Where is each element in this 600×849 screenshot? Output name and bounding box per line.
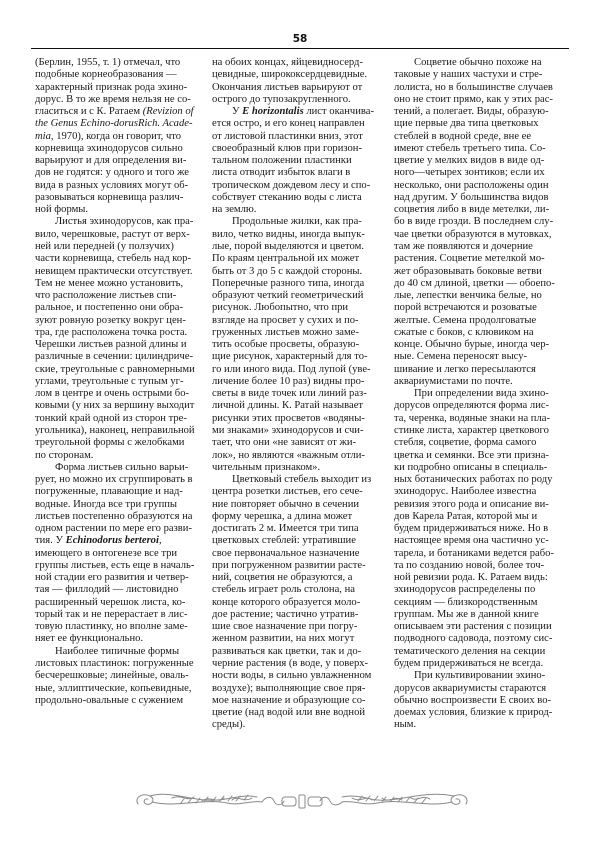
text-line: Соцветие обычно похоже на [394, 57, 570, 69]
text-line: лок», но являются «важным отли- [212, 450, 377, 462]
text-line: достигать 2 м. Имеется три типа [212, 523, 377, 535]
text-run: дое растение; частично утратив- [212, 609, 358, 620]
text-run: лые, лепестки венчика белые, но [394, 290, 542, 301]
text-run: своеобразный клюв при горизон- [212, 143, 362, 154]
text-line: тра, где расположена точка роста. [35, 327, 200, 339]
text-run: желтые. Семена продолговатые [394, 315, 536, 326]
text-run: личение более 10 раз) видны про- [212, 376, 364, 387]
text-line: дорусов аквариумисты стараются [394, 683, 570, 695]
text-run: тропическом дождевом лесу и спо- [212, 180, 370, 191]
text-run: аквариумистами по почте. [394, 376, 513, 387]
text-line: дое растение; частично утратив- [212, 609, 377, 621]
text-run: ных ботанических работах по роду [394, 474, 552, 485]
text-run: Продольные жилки, как пра- [232, 216, 362, 227]
text-line: рисунки этих просветов «водяны- [212, 413, 377, 425]
text-run: цевидные, ширококсердцевидные. [212, 69, 367, 80]
text-line: на обоих концах, яйцевидносерд- [212, 57, 377, 69]
text-run: чае цветки образуются в мутовках, [394, 229, 552, 240]
text-run: товую пластинку, но вполне заме- [35, 621, 188, 632]
text-line: продольно-овальные с сужением [35, 695, 200, 707]
text-run: Цветковый стебель выходит из [232, 474, 371, 485]
text-line: описываем эти растения с позиции [394, 621, 570, 633]
text-line: цветковых стеблей: утратившие [212, 535, 377, 547]
text-line: будем придерживаться ниже. Но в [394, 523, 570, 535]
text-run: среды). [212, 719, 245, 730]
text-run: ной стадии его развития и четвер- [35, 572, 189, 583]
text-run: лист оканчива- [304, 106, 374, 117]
text-run: ковыми (у них за вершину выходит [35, 400, 194, 411]
text-run: бо в виде грозди. В последнем слу- [394, 216, 553, 227]
text-line: ности воды, в сильно увлажненном [212, 670, 377, 682]
text-line: дорус. В то же время нельзя не со- [35, 94, 200, 106]
text-line: бо в виде грозди. В последнем слу- [394, 216, 570, 228]
text-run: эхинодорус. Наиболее известна [394, 486, 536, 497]
text-line: мое назначение и образующие со- [212, 695, 377, 707]
text-line: ных ботанических работах по роду [394, 474, 570, 486]
text-line: жет образовывать боковые ветви [394, 266, 570, 278]
text-line: оно не стоит прямо, как у этих рас- [394, 94, 570, 106]
text-run: подобные корнеобразования — [35, 69, 177, 80]
text-run: ней или передней (у ползучих) [35, 241, 174, 252]
text-run: порой встречаются и розоватые [394, 302, 537, 313]
text-run: го или иного вида. Под лупой (уве- [212, 364, 371, 375]
text-run: зуют ровную розетку вокруг цен- [35, 315, 186, 326]
text-line: цевидные, ширококсердцевидные. [212, 69, 377, 81]
text-line: углами, треугольные с тупым уг- [35, 376, 200, 388]
text-run: на землю. [212, 204, 256, 215]
text-line: щие первые два типа цветковых [394, 118, 570, 130]
text-line: развиваться как цветки, так и до- [212, 646, 377, 658]
text-run: несколько, они расположены один [394, 180, 549, 191]
text-line: дов Карела Ратая, которой мы и [394, 511, 570, 523]
text-run: стеблей в водной среде, вне ее [394, 131, 531, 142]
text-run: одном растении по мере его разви- [35, 523, 192, 534]
text-line: ным. [394, 719, 570, 731]
text-run: цветие (над водой или вне водной [212, 707, 365, 718]
text-run: треугольной формы с желобками [35, 437, 184, 448]
text-run: женном развитии, на них могут [212, 633, 354, 644]
text-run: растения. Соцветие метелкой мо- [394, 253, 545, 264]
text-run: листовых пластинок: погруженные [35, 658, 194, 669]
text-line: подобные корнеобразования — [35, 69, 200, 81]
text-line: сжатые с боков, с клювиком на [394, 327, 570, 339]
text-line: ральное, и постепенно они обра- [35, 302, 200, 314]
text-line: ется остро, и его конец направлен [212, 118, 377, 130]
text-run: ные. Семена переносят высу- [394, 351, 527, 362]
text-run: чительным признаком». [212, 462, 320, 473]
text-line: разовываться корневища различ- [35, 192, 200, 204]
text-run: торый так и не перерастает в лис- [35, 609, 187, 620]
text-line: дорусов определяются форма лис- [394, 400, 570, 412]
text-run: тонкий край одной из сторон тре- [35, 413, 187, 424]
text-line: тая — филлодий — листовидно [35, 584, 200, 596]
text-run: Наиболее типичные формы [55, 646, 179, 657]
text-line: среды). [212, 719, 377, 731]
text-line: по сторонам. [35, 450, 200, 462]
text-run: дорусов определяются форма лис- [394, 400, 549, 411]
text-line: Наиболее типичные формы [35, 646, 200, 658]
text-run: воздухе); выполняющие свое пря- [212, 683, 365, 694]
text-run: При определении вида эхино- [414, 388, 549, 399]
text-run: Листья эхинодорусов, как пра- [55, 216, 193, 227]
text-run: Форма листьев сильно варьи- [55, 462, 188, 473]
text-run: груженных листьев можно заме- [212, 327, 359, 338]
text-run: цветие у мелких видов в виде од- [394, 155, 544, 166]
text-run: над другим. У большинства видов [394, 192, 548, 203]
text-run: лок», но являются «важным отли- [212, 450, 365, 461]
text-run: погруженные, плавающие и над- [35, 486, 183, 497]
text-run: группы листьев, есть еще в началь- [35, 560, 194, 571]
text-line: соцветия либо в виде метелки, ли- [394, 204, 570, 216]
text-line: По краям центральной их может [212, 253, 377, 265]
text-line: стинке листа, характер цветкового [394, 425, 570, 437]
text-run: секциям — близкородственным [394, 597, 537, 608]
text-run: та по созданию новой, более точ- [394, 560, 544, 571]
text-run: тальном положении пластинки [212, 155, 352, 166]
text-line: вида в разных условиях могут об- [35, 180, 200, 192]
text-run: собствует стеканию воды с листа [212, 192, 362, 203]
text-run: лолиста, но в большинстве случаев [394, 82, 553, 93]
text-run: ным. [394, 719, 416, 730]
text-run: шие свое назначение при погру- [212, 621, 357, 632]
text-line: лые, порой выделяются и цветом. [212, 241, 377, 253]
text-line: эхинодорус. Наиболее известна [394, 486, 570, 498]
text-run: тает, что они «не зависят от жи- [212, 437, 356, 448]
text-line: своеобразный клюв при горизон- [212, 143, 377, 155]
text-line: собствует стеканию воды с листа [212, 192, 377, 204]
text-line: таковые у наших частухи и стре- [394, 69, 570, 81]
text-line: личной длины. К. Ратай называет [212, 400, 377, 412]
text-run: центра розетки листьев, его сече- [212, 486, 363, 497]
text-run: , [159, 535, 162, 546]
text-line: Окончания листьев варьируют от [212, 82, 377, 94]
text-line: водные. Иногда все три группы [35, 499, 200, 511]
text-run: тарела, и ботаниками ведется рабо- [394, 548, 554, 559]
text-run: углами, треугольные с тупым уг- [35, 376, 184, 387]
text-line: тальном положении пластинки [212, 155, 377, 167]
decorative-scroll-ornament-icon [132, 788, 472, 816]
text-run: цветка и семянки. Все эти призна- [394, 450, 549, 461]
text-run: варьируют и для определения ви- [35, 155, 186, 166]
text-line: лом в центре и очень острыми бо- [35, 388, 200, 400]
text-run: няет ее функционально. [35, 633, 143, 644]
text-line: го или иного вида. Под лупой (уве- [212, 364, 377, 376]
text-run: щие первые два типа цветковых [394, 118, 539, 129]
text-run: Окончания листьев варьируют от [212, 82, 362, 93]
text-run: характерный признак рода эхино- [35, 82, 187, 93]
text-run: ние повторяет обычно в сечении [212, 499, 359, 510]
text-line: тонкий край одной из сторон тре- [35, 413, 200, 425]
text-run: таковые у наших частухи и стре- [394, 69, 542, 80]
text-run: тений, а полегает. Виды, образую- [394, 106, 549, 117]
text-run: Соцветие обычно похоже на [414, 57, 542, 68]
text-line: Тем не менее можно установить, [35, 278, 200, 290]
text-line: груженных листьев можно заме- [212, 327, 377, 339]
text-line: тия. У Echinodorus berteroi, [35, 535, 200, 547]
text-line: ревизия этого рода и описание ви- [394, 499, 570, 511]
text-run: группам. Мы же в данной книге [394, 609, 539, 620]
text-run: имеющего в онтогенезе все три [35, 548, 177, 559]
text-line: ние повторяет обычно в сечении [212, 499, 377, 511]
text-run: описываем эти растения с позиции [394, 621, 552, 632]
text-line: угольника), наконец, неправильной [35, 425, 200, 437]
text-run: эхинодорусов распределены по [394, 584, 535, 595]
text-run: от листовой пластинки вниз, этот [212, 131, 363, 142]
text-run: стебля, соцветие, форма самого [394, 437, 536, 448]
text-run: тия. У [35, 535, 66, 546]
text-run: (Берлин, 1955, т. 1) отмечал, что [35, 57, 180, 68]
text-line: при погруженном развитии расте- [212, 560, 377, 572]
text-run: образуют четкий геометрический [212, 290, 363, 301]
text-line: тарела, и ботаниками ведется рабо- [394, 548, 570, 560]
text-line: шивание и легко пересылаются [394, 364, 570, 376]
text-run: У [232, 106, 242, 117]
text-line: ки подробно описаны в специаль- [394, 462, 570, 474]
page-number: 58 [0, 33, 600, 45]
text-line: что расположение листьев спи- [35, 290, 200, 302]
text-line: листа отводит избыток влаги в [212, 167, 377, 179]
text-line: цветие у мелких видов в виде од- [394, 155, 570, 167]
text-line: порой встречаются и розоватые [394, 302, 570, 314]
text-line: Листья эхинодорусов, как пра- [35, 216, 200, 228]
text-run: водные. Иногда все три группы [35, 499, 177, 510]
text-line: Продольные жилки, как пра- [212, 216, 377, 228]
text-run: там же появляются и дочерние [394, 241, 533, 252]
text-run: личной длины. К. Ратай называет [212, 400, 363, 411]
text-run: тая — филлодий — листовидно [35, 584, 178, 595]
text-run: будем придерживаться не всегда. [394, 658, 543, 669]
text-line: там же появляются и дочерние [394, 241, 570, 253]
text-run: конце которого образуется моло- [212, 597, 360, 608]
text-line: цветие (над водой или вне водной [212, 707, 377, 719]
text-run: что расположение листьев спи- [35, 290, 176, 301]
species-name: Echinodorus berteroi [66, 535, 159, 546]
text-line: стебель играет роль столона, на [212, 584, 377, 596]
text-line: ний, соцветия не образуются, а [212, 572, 377, 584]
text-line: При культивировании эхино- [394, 670, 570, 682]
text-run: невищем практически отсутствует. [35, 266, 193, 277]
text-line: группам. Мы же в данной книге [394, 609, 570, 621]
text-run: ной ревизии рода. К. Ратаем видь: [394, 572, 548, 583]
text-run: быть от 3 до 5 с каждой стороны. [212, 266, 362, 277]
text-run: рисунки этих просветов «водяны- [212, 413, 365, 424]
text-line: группы листьев, есть еще в началь- [35, 560, 200, 572]
text-line: листовых пластинок: погруженные [35, 658, 200, 670]
text-run: вида в разных условиях могут об- [35, 180, 188, 191]
text-line: над другим. У большинства видов [394, 192, 570, 204]
text-run: ревизия этого рода и описание ви- [394, 499, 549, 510]
text-run: разовываться корневища различ- [35, 192, 183, 203]
text-line: зуют ровную розетку вокруг цен- [35, 315, 200, 327]
text-run: продольно-овальные с сужением [35, 695, 183, 706]
text-line: чае цветки образуются в мутовках, [394, 229, 570, 241]
text-line: Цветковый стебель выходит из [212, 474, 377, 486]
text-run: стинке листа, характер цветкового [394, 425, 549, 436]
text-line: светы в виде точек или линий раз- [212, 388, 377, 400]
text-run: ной формы. [35, 204, 88, 215]
text-run: гласиться и с К. Ратаем [35, 106, 143, 117]
text-line: острого до тупозакругленного. [212, 94, 377, 106]
text-run: при погруженном развитии расте- [212, 560, 366, 571]
text-column-1: (Берлин, 1955, т. 1) отмечал, чтоподобны… [35, 57, 200, 707]
text-run: та, черенка, водяные знаки на пла- [394, 413, 550, 424]
text-run: рует, но можно их сгруппировать в [35, 474, 193, 485]
text-line: аквариумистами по почте. [394, 376, 570, 388]
text-run: взгляде на просвет у сухих и по- [212, 315, 359, 326]
text-line: на землю. [212, 204, 377, 216]
text-line: треугольной формы с желобками [35, 437, 200, 449]
text-run: дов не годятся: у одного и того же [35, 167, 189, 178]
text-line: ковыми (у них за вершину выходит [35, 400, 200, 412]
text-run: вило, черешковые, растут от верх- [35, 229, 190, 240]
text-run: Черешки листьев разной длины и [35, 339, 187, 350]
text-line: желтые. Семена продолговатые [394, 315, 570, 327]
text-run: корневища эхинодорусов сильно [35, 143, 183, 154]
text-line: ного—четырех зонтиков; если их [394, 167, 570, 179]
text-line: невищем практически отсутствует. [35, 266, 200, 278]
text-line: эхинодорусов распределены по [394, 584, 570, 596]
species-name: E horizontalis [242, 106, 304, 117]
text-run: черние растения (в воде, у поверх- [212, 658, 368, 669]
text-line: торый так и не перерастает в лис- [35, 609, 200, 621]
text-line: ной формы. [35, 204, 200, 216]
text-line: до 40 см длиной, цветки — обоепо- [394, 278, 570, 290]
text-line: ные. Семена переносят высу- [394, 351, 570, 363]
text-line: (Берлин, 1955, т. 1) отмечал, что [35, 57, 200, 69]
text-run: ний, соцветия не образуются, а [212, 572, 353, 583]
text-line: ной стадии его развития и четвер- [35, 572, 200, 584]
text-line: свое первоначальное назначение [212, 548, 377, 560]
text-run: шивание и легко пересылаются [394, 364, 536, 375]
text-run: достигать 2 м. Имеется три типа [212, 523, 359, 534]
text-run: на обоих концах, яйцевидносерд- [212, 57, 363, 68]
text-line: Поперечные разного типа, иногда [212, 278, 377, 290]
text-line: личение более 10 раз) видны про- [212, 376, 377, 388]
text-line: чительным признаком». [212, 462, 377, 474]
text-run: оно не стоит прямо, как у этих рас- [394, 94, 553, 105]
text-line: ней или передней (у ползучих) [35, 241, 200, 253]
text-run: лом в центре и очень острыми бо- [35, 388, 189, 399]
italic-citation: the Genus Echino-dorusRich. Acade- [35, 118, 193, 129]
text-line: одном растении по мере его разви- [35, 523, 200, 535]
text-line: образуют четкий геометрический [212, 290, 377, 302]
text-run: дорусов аквариумисты стараются [394, 683, 546, 694]
text-line: доемах условия, близкие к природ- [394, 707, 570, 719]
text-line: растения. Соцветие метелкой мо- [394, 253, 570, 265]
text-run: мое назначение и образующие со- [212, 695, 366, 706]
text-run: сжатые с боков, с клювиком на [394, 327, 534, 338]
text-run: ного—четырех зонтиков; если их [394, 167, 545, 178]
text-run: до 40 см длиной, цветки — обоепо- [394, 278, 555, 289]
text-line: тить особые просветы, образую- [212, 339, 377, 351]
text-run: , 1970), когда он говорит, что [51, 131, 181, 142]
text-run: острого до тупозакругленного. [212, 94, 351, 105]
text-line: погруженные, плавающие и над- [35, 486, 200, 498]
text-run: При культивировании эхино- [414, 670, 545, 681]
text-line: дов не годятся: у одного и того же [35, 167, 200, 179]
text-run: листьев постепенно образуются на [35, 511, 192, 522]
text-run: подводного садовода, поэтому сис- [394, 633, 552, 644]
text-run: ные, эллиптические, копьевидные, [35, 683, 191, 694]
text-column-2: на обоих концах, яйцевидносерд-цевидные,… [212, 57, 377, 732]
text-line: Черешки листьев разной длины и [35, 339, 200, 351]
text-line: воздухе); выполняющие свое пря- [212, 683, 377, 695]
text-run: Тем не менее можно установить, [35, 278, 183, 289]
text-run: дорус. В то же время нельзя не со- [35, 94, 191, 105]
text-line: части корневища, стебель над кор- [35, 253, 200, 265]
text-run: бесчерешковые; линейные, оваль- [35, 670, 189, 681]
text-line: подводного садовода, поэтому сис- [394, 633, 570, 645]
text-run: жет образовывать боковые ветви [394, 266, 542, 277]
text-line: взгляде на просвет у сухих и по- [212, 315, 377, 327]
text-line: гласиться и с К. Ратаем (Revizion of [35, 106, 200, 118]
text-line: ские, треугольные с равномерными [35, 364, 200, 376]
text-line: цветка и семянки. Все эти призна- [394, 450, 570, 462]
text-run: расширенный черешок листа, ко- [35, 597, 185, 608]
text-line: няет ее функционально. [35, 633, 200, 645]
italic-citation: (Revizion of [143, 106, 194, 117]
text-run: светы в виде точек или линий раз- [212, 388, 367, 399]
text-line: стебля, соцветие, форма самого [394, 437, 570, 449]
text-line: имеющего в онтогенезе все три [35, 548, 200, 560]
text-line: ми знаками» эхинодорусов и счи- [212, 425, 377, 437]
text-run: соцветия либо в виде метелки, ли- [394, 204, 549, 215]
text-line: ной ревизии рода. К. Ратаем видь: [394, 572, 570, 584]
text-run: лые, порой выделяются и цветом. [212, 241, 364, 252]
header-rule [31, 48, 569, 49]
text-run: настоящее время она частично ус- [394, 535, 549, 546]
text-run: имеют стебель третьего типа. Со- [394, 143, 546, 154]
text-line: черние растения (в воде, у поверх- [212, 658, 377, 670]
text-run: листа отводит избыток влаги в [212, 167, 350, 178]
text-run: доемах условия, близкие к природ- [394, 707, 552, 718]
text-line: корневища эхинодорусов сильно [35, 143, 200, 155]
text-line: расширенный черешок листа, ко- [35, 597, 200, 609]
text-line: У E horizontalis лист оканчива- [212, 106, 377, 118]
text-run: тематического деления на секции [394, 646, 545, 657]
text-line: женном развитии, на них могут [212, 633, 377, 645]
text-line: имеют стебель третьего типа. Со- [394, 143, 570, 155]
text-line: вило, четко видны, иногда выпук- [212, 229, 377, 241]
text-run: дов Карела Ратая, которой мы и [394, 511, 537, 522]
text-run: вило, четко видны, иногда выпук- [212, 229, 365, 240]
text-line: конце. Обычно бурые, иногда чер- [394, 339, 570, 351]
text-line: ные, эллиптические, копьевидные, [35, 683, 200, 695]
text-line: различные в сечении: цилиндриче- [35, 351, 200, 363]
text-run: ми знаками» эхинодорусов и счи- [212, 425, 363, 436]
text-line: конце которого образуется моло- [212, 597, 377, 609]
text-run: будем придерживаться ниже. Но в [394, 523, 548, 534]
text-line: mia, 1970), когда он говорит, что [35, 131, 200, 143]
text-line: товую пластинку, но вполне заме- [35, 621, 200, 633]
text-line: the Genus Echino-dorusRich. Acade- [35, 118, 200, 130]
text-run: тить особые просветы, образую- [212, 339, 359, 350]
text-run: Поперечные разного типа, иногда [212, 278, 364, 289]
text-run: развиваться как цветки, так и до- [212, 646, 361, 657]
text-line: рисунок. Любопытно, что при [212, 302, 377, 314]
text-run: форму черешка, а длина может [212, 511, 352, 522]
text-line: тений, а полегает. Виды, образую- [394, 106, 570, 118]
text-run: рисунок. Любопытно, что при [212, 302, 348, 313]
text-line: Форма листьев сильно варьи- [35, 462, 200, 474]
text-line: несколько, они расположены один [394, 180, 570, 192]
text-line: стеблей в водной среде, вне ее [394, 131, 570, 143]
text-run: части корневища, стебель над кор- [35, 253, 191, 264]
text-run: ется остро, и его конец направлен [212, 118, 365, 129]
text-line: При определении вида эхино- [394, 388, 570, 400]
text-line: будем придерживаться не всегда. [394, 658, 570, 670]
text-run: обычно воспроизвести E своих во- [394, 695, 551, 706]
